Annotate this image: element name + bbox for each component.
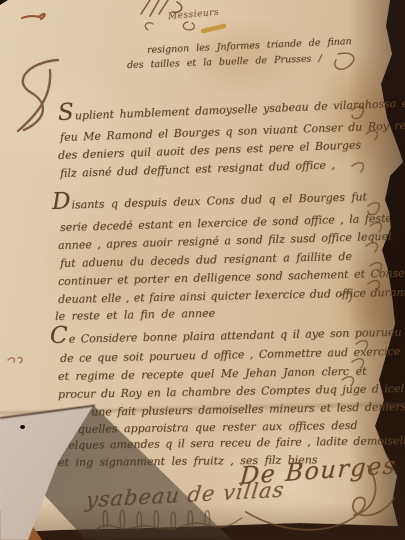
ink-dot-speck xyxy=(20,425,25,429)
manuscript-photo: Messieurs resignon les Jnformes triande … xyxy=(0,0,405,540)
edge-speck-dots xyxy=(394,190,396,192)
